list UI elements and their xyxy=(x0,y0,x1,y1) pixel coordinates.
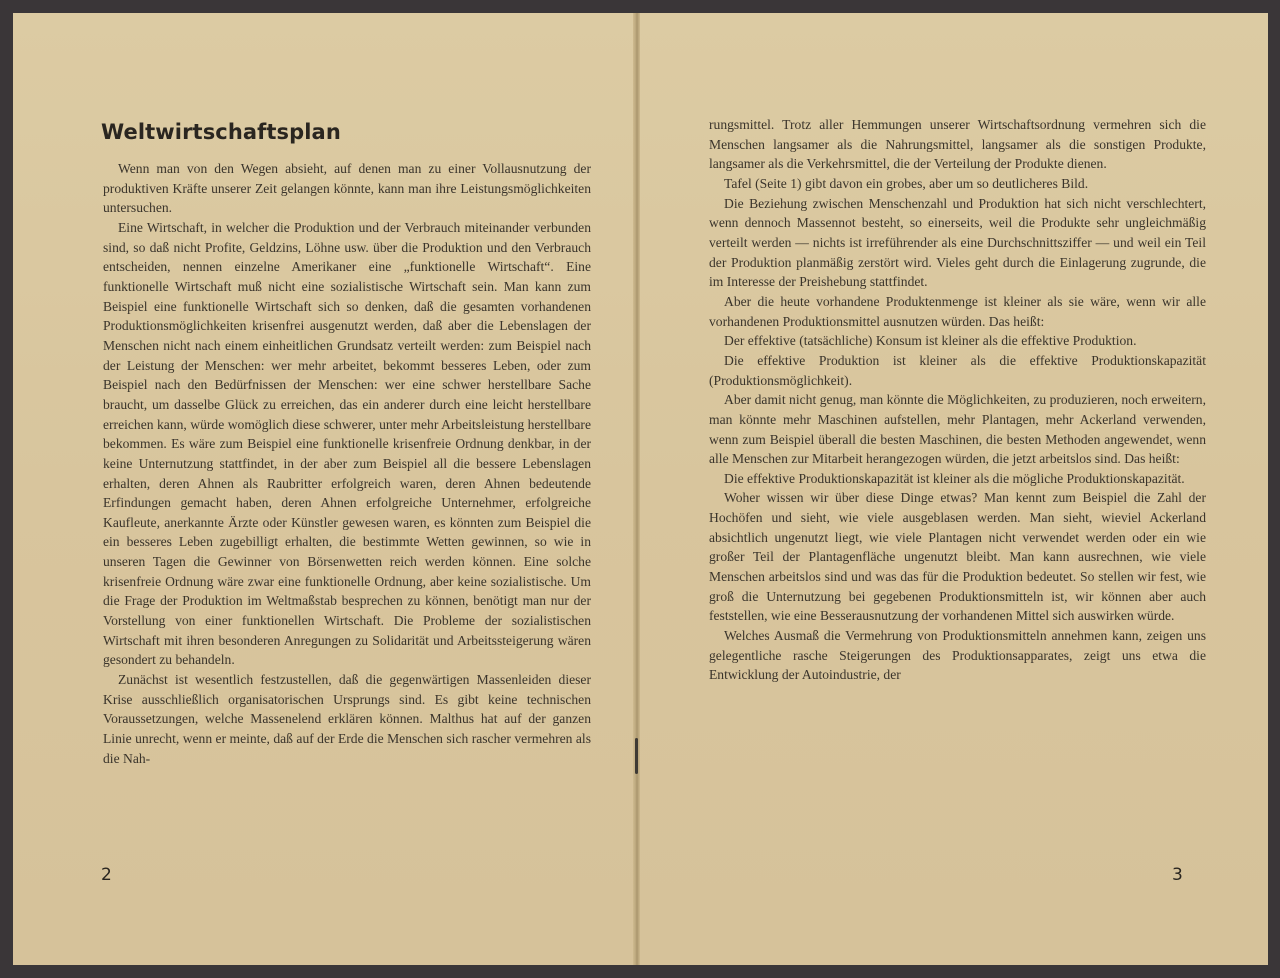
page-number-right: 3 xyxy=(1172,865,1183,885)
left-page: Weltwirtschaftsplan Wenn man von den Weg… xyxy=(13,13,635,965)
paragraph: Zunächst ist wesentlich festzustellen, d… xyxy=(103,670,591,768)
paragraph: Welches Ausmaß die Vermehrung von Produk… xyxy=(709,626,1206,685)
paragraph: Tafel (Seite 1) gibt davon ein grobes, a… xyxy=(709,174,1206,194)
paragraph: Aber die heute vorhandene Produktenmenge… xyxy=(709,292,1206,331)
paragraph: Wenn man von den Wegen absieht, auf dene… xyxy=(103,159,591,218)
paragraph: Woher wissen wir über diese Dinge etwas?… xyxy=(709,488,1206,626)
right-page-body: rungsmittel. Trotz aller Hemmungen unser… xyxy=(709,115,1206,685)
paragraph: Die Beziehung zwischen Menschenzahl und … xyxy=(709,194,1206,292)
book-spread: Weltwirtschaftsplan Wenn man von den Weg… xyxy=(13,13,1268,965)
book-spine xyxy=(633,13,640,965)
right-page: rungsmittel. Trotz aller Hemmungen unser… xyxy=(638,13,1268,965)
paragraph: Aber damit nicht genug, man könnte die M… xyxy=(709,390,1206,469)
binding-staple xyxy=(635,738,638,774)
chapter-heading: Weltwirtschaftsplan xyxy=(101,120,341,144)
paragraph-continued: rungsmittel. Trotz aller Hemmungen unser… xyxy=(709,115,1206,174)
paragraph: Die effektive Produktion ist kleiner als… xyxy=(709,351,1206,390)
left-page-body: Wenn man von den Wegen absieht, auf dene… xyxy=(103,159,591,768)
paragraph: Der effektive (tatsächliche) Konsum ist … xyxy=(709,331,1206,351)
page-number-left: 2 xyxy=(101,865,112,885)
paragraph: Eine Wirtschaft, in welcher die Produkti… xyxy=(103,218,591,670)
paragraph: Die effektive Produktionskapazität ist k… xyxy=(709,469,1206,489)
